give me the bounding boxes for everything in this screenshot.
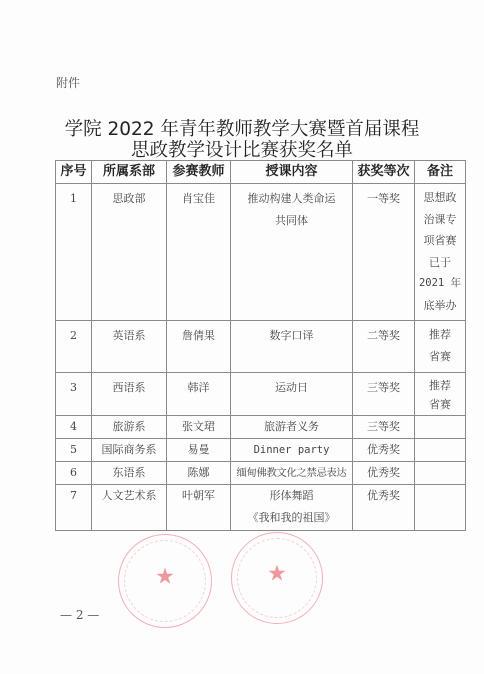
cell-content-line2: 《我和我的祖国》 [231, 507, 352, 529]
cell-no: 2 [56, 321, 91, 347]
table-row: 7 人文艺术系 叶朝军 形体舞蹈《我和我的祖国》 优秀奖 [56, 485, 466, 531]
cell-teacher: 张文珺 [167, 416, 231, 439]
cell-note [415, 416, 466, 439]
cell-content-line2: 共同体 [231, 210, 352, 232]
cell-teacher: 易曼 [167, 439, 231, 462]
cell-award: 一等奖 [353, 184, 414, 210]
table-row: 6 东语系 陈娜 缅甸佛教文化之禁忌表达 优秀奖 [56, 462, 466, 485]
cell-teacher: 詹倩果 [167, 321, 230, 347]
cell-teacher: 陈娜 [167, 462, 231, 485]
cell-note [415, 439, 466, 462]
cell-teacher: 肖宝佳 [167, 184, 230, 210]
cell-no: 3 [56, 373, 91, 399]
cell-award: 三等奖 [353, 416, 415, 439]
cell-note [415, 462, 466, 485]
cell-no: 1 [56, 184, 91, 210]
cell-content: Dinner party [231, 439, 353, 462]
table-row: 1 思政部 肖宝佳 推动构建人类命运共同体 一等奖 思想政 治课专 项省赛 已于… [56, 184, 466, 321]
header-dept: 所属系部 [92, 161, 167, 184]
cell-note-line: 已于 [415, 252, 465, 274]
cell-note-line: 推荐 [415, 324, 465, 346]
award-table: 序号 所属系部 参赛教师 授课内容 获奖等次 备注 1 思政部 肖宝佳 推动构建… [55, 160, 466, 531]
cell-note-line: 2021 年 [415, 273, 465, 295]
cell-no: 4 [56, 416, 92, 439]
cell-note-line: 治课专 [415, 209, 465, 231]
star-icon: ★ [267, 562, 287, 587]
header-content: 授课内容 [231, 161, 353, 184]
cell-award: 优秀奖 [353, 485, 415, 531]
cell-teacher: 韩洋 [167, 373, 230, 399]
cell-award: 优秀奖 [353, 439, 415, 462]
attachment-label: 附件 [56, 74, 80, 91]
table-row: 3 西语系 韩洋 运动日 三等奖 推荐 省赛 [56, 373, 466, 416]
official-seal-left: ★ [118, 534, 212, 628]
table-row: 2 英语系 詹倩果 数字口译 二等奖 推荐 省赛 [56, 321, 466, 373]
header-award: 获奖等次 [353, 161, 415, 184]
table-header-row: 序号 所属系部 参赛教师 授课内容 获奖等次 备注 [56, 161, 466, 184]
cell-note-line: 底举办 [415, 295, 465, 317]
cell-note-line: 省赛 [415, 346, 465, 368]
cell-note [415, 485, 466, 531]
cell-dept: 国际商务系 [92, 439, 167, 462]
cell-award: 三等奖 [353, 373, 414, 399]
cell-content: 形体舞蹈 [231, 485, 352, 507]
cell-no: 7 [56, 485, 92, 531]
star-icon: ★ [155, 565, 175, 590]
cell-content: 数字口译 [231, 321, 352, 347]
document-title-line2: 思政教学设计比赛获奖名单 [0, 136, 484, 162]
table-row: 5 国际商务系 易曼 Dinner party 优秀奖 [56, 439, 466, 462]
cell-dept: 旅游系 [92, 416, 167, 439]
cell-no: 5 [56, 439, 92, 462]
header-no: 序号 [56, 161, 92, 184]
cell-note-line: 省赛 [415, 395, 465, 414]
cell-note-line: 思想政 [415, 187, 465, 209]
cell-dept: 思政部 [92, 184, 166, 210]
cell-award: 优秀奖 [353, 462, 415, 485]
cell-note-line: 推荐 [415, 376, 465, 395]
cell-dept: 东语系 [92, 462, 167, 485]
cell-content: 缅甸佛教文化之禁忌表达 [231, 462, 353, 485]
cell-content: 推动构建人类命运 [231, 184, 352, 210]
header-teacher: 参赛教师 [167, 161, 231, 184]
header-note: 备注 [415, 161, 466, 184]
cell-dept: 西语系 [92, 373, 166, 399]
cell-content: 旅游者义务 [231, 416, 353, 439]
cell-note-line: 项省赛 [415, 230, 465, 252]
cell-teacher: 叶朝军 [167, 485, 231, 531]
official-seal-right: ★ [231, 532, 323, 624]
cell-dept: 英语系 [92, 321, 166, 347]
cell-award: 二等奖 [353, 321, 414, 347]
table-row: 4 旅游系 张文珺 旅游者义务 三等奖 [56, 416, 466, 439]
page-number: — 2 — [60, 608, 99, 622]
cell-no: 6 [56, 462, 92, 485]
cell-dept: 人文艺术系 [92, 485, 167, 531]
cell-content: 运动日 [231, 373, 352, 399]
